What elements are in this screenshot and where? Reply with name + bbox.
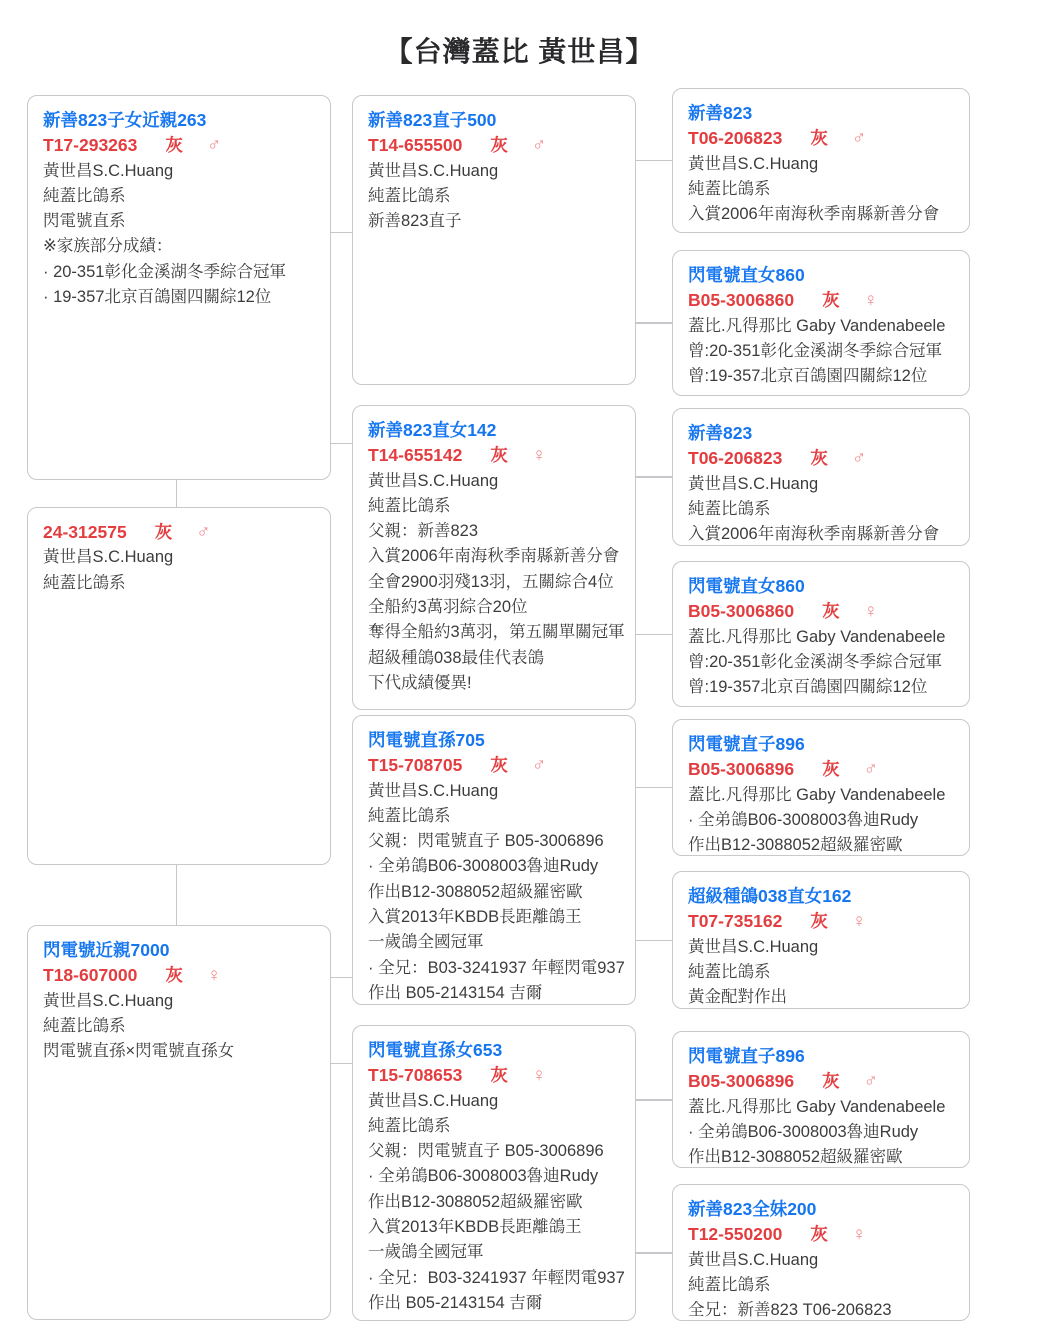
feather-color-label: 灰 bbox=[490, 133, 508, 158]
pigeon-name: 閃電號直孫705 bbox=[368, 728, 620, 753]
pedigree-box-R3: 新善823T06-206823灰♂黃世昌S.C.Huang純蓋比鴿系入賞2006… bbox=[672, 408, 970, 546]
info-line: 曾:20-351彰化金溪湖冬季綜合冠軍 bbox=[688, 650, 954, 675]
pedigree-box-M1: 新善823直子500T14-655500灰♂黃世昌S.C.Huang純蓋比鴿系新… bbox=[352, 95, 636, 385]
info-line: 一歲鴿全國冠軍 bbox=[368, 930, 620, 955]
female-icon: ♀ bbox=[852, 909, 866, 934]
info-line: 全船約3萬羽綜合20位 bbox=[368, 595, 620, 620]
info-line: 純蓋比鴿系 bbox=[43, 1014, 315, 1039]
male-icon: ♂ bbox=[864, 1069, 878, 1094]
info-line: · 全兄：B03-3241937 年輕閃電937 bbox=[368, 1266, 620, 1291]
ring-number: B05-3006896 bbox=[688, 1071, 794, 1091]
info-line: 蓋比.凡得那比 Gaby Vandenabeele bbox=[688, 625, 954, 650]
info-line: 超級種鴿038最佳代表鴿 bbox=[368, 646, 620, 671]
female-icon: ♀ bbox=[852, 1222, 866, 1247]
male-icon: ♂ bbox=[196, 520, 210, 545]
info-line: 純蓋比鴿系 bbox=[43, 571, 315, 596]
info-line: 入賞2006年南海秋季南縣新善分會 bbox=[688, 522, 954, 546]
pedigree-box-R2: 閃電號直女860B05-3006860灰♀蓋比.凡得那比 Gaby Vanden… bbox=[672, 250, 970, 396]
connector-line bbox=[635, 787, 672, 789]
connector-line bbox=[330, 977, 352, 979]
info-line: 父親：新善823 bbox=[368, 519, 620, 544]
ring-number: B05-3006860 bbox=[688, 290, 794, 310]
info-line: 閃電號直系 bbox=[43, 209, 315, 234]
info-line: 作出B12-3088052超級羅密歐 bbox=[368, 880, 620, 905]
info-line: · 全弟鴿B06-3008003魯迪Rudy bbox=[368, 1164, 620, 1189]
pigeon-name: 閃電號直孫女653 bbox=[368, 1038, 620, 1063]
info-line: 全兄：新善823 T06-206823 bbox=[688, 1298, 954, 1321]
info-line: 閃電號直孫×閃電號直孫女 bbox=[43, 1039, 315, 1064]
info-line: 純蓋比鴿系 bbox=[688, 177, 954, 202]
info-line: 純蓋比鴿系 bbox=[368, 494, 620, 519]
info-line: 黃世昌S.C.Huang bbox=[43, 545, 315, 570]
ring-number: T15-708705 bbox=[368, 755, 462, 775]
ring-number: T14-655500 bbox=[368, 135, 462, 155]
ring-row: T18-607000灰♀ bbox=[43, 963, 315, 988]
feather-color-label: 灰 bbox=[490, 443, 508, 468]
info-line: 蓋比.凡得那比 Gaby Vandenabeele bbox=[688, 783, 954, 808]
ring-row: T14-655500灰♂ bbox=[368, 133, 620, 158]
connector-line bbox=[330, 1063, 352, 1065]
info-line: 蓋比.凡得那比 Gaby Vandenabeele bbox=[688, 314, 954, 339]
ring-number: T07-735162 bbox=[688, 911, 782, 931]
feather-color-label: 灰 bbox=[810, 909, 828, 934]
info-line: · 全弟鴿B06-3008003魯迪Rudy bbox=[688, 1120, 954, 1145]
female-icon: ♀ bbox=[864, 288, 878, 313]
pedigree-box-M2: 新善823直女142T14-655142灰♀黃世昌S.C.Huang純蓋比鴿系父… bbox=[352, 405, 636, 710]
male-icon: ♂ bbox=[532, 753, 546, 778]
info-line: 黃世昌S.C.Huang bbox=[368, 779, 620, 804]
pigeon-name: 閃電號直子896 bbox=[688, 1044, 954, 1069]
pigeon-name: 閃電號直女860 bbox=[688, 263, 954, 288]
male-icon: ♂ bbox=[864, 757, 878, 782]
connector-line bbox=[330, 443, 352, 445]
info-line: 作出B12-3088052超級羅密歐 bbox=[688, 833, 954, 856]
info-line: 黃世昌S.C.Huang bbox=[688, 472, 954, 497]
pigeon-name: 超級種鴿038直女162 bbox=[688, 884, 954, 909]
feather-color-label: 灰 bbox=[822, 599, 840, 624]
ring-row: B05-3006860灰♀ bbox=[688, 288, 954, 313]
info-line: 父親：閃電號直子 B05-3006896 bbox=[368, 829, 620, 854]
pigeon-name: 新善823全妹200 bbox=[688, 1197, 954, 1222]
feather-color-label: 灰 bbox=[165, 133, 183, 158]
info-line: 純蓋比鴿系 bbox=[688, 497, 954, 522]
info-line: ※家族部分成績： bbox=[43, 234, 315, 259]
ring-number: T14-655142 bbox=[368, 445, 462, 465]
pedigree-box-R1: 新善823T06-206823灰♂黃世昌S.C.Huang純蓋比鴿系入賞2006… bbox=[672, 88, 970, 233]
info-line: 黃世昌S.C.Huang bbox=[368, 469, 620, 494]
female-icon: ♀ bbox=[864, 599, 878, 624]
male-icon: ♂ bbox=[532, 133, 546, 158]
info-line: 純蓋比鴿系 bbox=[368, 184, 620, 209]
pigeon-name: 新善823 bbox=[688, 101, 954, 126]
female-icon: ♀ bbox=[532, 1063, 546, 1088]
ring-row: T06-206823灰♂ bbox=[688, 126, 954, 151]
info-line: 入賞2006年南海秋季南縣新善分會 bbox=[368, 544, 620, 569]
info-line: 奪得全船約3萬羽，第五關單關冠軍 bbox=[368, 620, 620, 645]
ring-number: T06-206823 bbox=[688, 448, 782, 468]
info-line: 黃世昌S.C.Huang bbox=[43, 159, 315, 184]
ring-row: T15-708705灰♂ bbox=[368, 753, 620, 778]
feather-color-label: 灰 bbox=[165, 963, 183, 988]
ring-row: B05-3006860灰♀ bbox=[688, 599, 954, 624]
info-line: · 19-357北京百鴿園四關綜12位 bbox=[43, 285, 315, 310]
pedigree-box-R6: 超級種鴿038直女162T07-735162灰♀黃世昌S.C.Huang純蓋比鴿… bbox=[672, 871, 970, 1009]
pigeon-name: 閃電號直女860 bbox=[688, 574, 954, 599]
pedigree-box-R8: 新善823全妹200T12-550200灰♀黃世昌S.C.Huang純蓋比鴿系全… bbox=[672, 1184, 970, 1321]
female-icon: ♀ bbox=[207, 963, 221, 988]
info-line: 入賞2013年KBDB長距離鴿王 bbox=[368, 1215, 620, 1240]
info-line: 作出B12-3088052超級羅密歐 bbox=[368, 1190, 620, 1215]
feather-color-label: 灰 bbox=[822, 288, 840, 313]
feather-color-label: 灰 bbox=[822, 757, 840, 782]
ring-number: T06-206823 bbox=[688, 128, 782, 148]
ring-row: B05-3006896灰♂ bbox=[688, 1069, 954, 1094]
pigeon-name: 閃電號直子896 bbox=[688, 732, 954, 757]
info-line: · 全弟鴿B06-3008003魯迪Rudy bbox=[368, 854, 620, 879]
ring-row: T17-293263灰♂ bbox=[43, 133, 315, 158]
info-line: 黃世昌S.C.Huang bbox=[368, 1089, 620, 1114]
info-line: 黃世昌S.C.Huang bbox=[688, 152, 954, 177]
male-icon: ♂ bbox=[207, 133, 221, 158]
ring-number: T18-607000 bbox=[43, 965, 137, 985]
info-line: 純蓋比鴿系 bbox=[368, 804, 620, 829]
info-line: 新善823直子 bbox=[368, 209, 620, 234]
info-line: 作出 B05-2143154 吉爾 bbox=[368, 1291, 620, 1316]
pedigree-box-M3: 閃電號直孫705T15-708705灰♂黃世昌S.C.Huang純蓋比鴿系父親：… bbox=[352, 715, 636, 1005]
ring-number: 24-312575 bbox=[43, 522, 127, 542]
feather-color-label: 灰 bbox=[822, 1069, 840, 1094]
ring-row: T07-735162灰♀ bbox=[688, 909, 954, 934]
ring-row: T06-206823灰♂ bbox=[688, 446, 954, 471]
info-line: 黃世昌S.C.Huang bbox=[688, 1248, 954, 1273]
info-line: · 全兄：B03-3241937 年輕閃電937 bbox=[368, 956, 620, 981]
connector-line bbox=[635, 160, 672, 162]
info-line: 入賞2006年南海秋季南縣新善分會 bbox=[688, 202, 954, 227]
ring-number: B05-3006896 bbox=[688, 759, 794, 779]
info-line: 純蓋比鴿系 bbox=[43, 184, 315, 209]
feather-color-label: 灰 bbox=[155, 520, 173, 545]
connector-line bbox=[635, 476, 672, 478]
feather-color-label: 灰 bbox=[810, 1222, 828, 1247]
info-line: 一歲鴿全國冠軍 bbox=[368, 1240, 620, 1265]
pedigree-box-R5: 閃電號直子896B05-3006896灰♂蓋比.凡得那比 Gaby Vanden… bbox=[672, 719, 970, 856]
ring-number: T12-550200 bbox=[688, 1224, 782, 1244]
connector-line bbox=[635, 1252, 672, 1254]
pedigree-box-R4: 閃電號直女860B05-3006860灰♀蓋比.凡得那比 Gaby Vanden… bbox=[672, 561, 970, 707]
connector-line bbox=[635, 322, 672, 324]
ring-number: T15-708653 bbox=[368, 1065, 462, 1085]
pedigree-box-R7: 閃電號直子896B05-3006896灰♂蓋比.凡得那比 Gaby Vanden… bbox=[672, 1031, 970, 1168]
info-line: 純蓋比鴿系 bbox=[688, 960, 954, 985]
info-line: 曾:19-357北京百鴿園四關綜12位 bbox=[688, 364, 954, 389]
pigeon-name: 新善823 bbox=[688, 421, 954, 446]
female-icon: ♀ bbox=[532, 443, 546, 468]
info-line: 黃世昌S.C.Huang bbox=[368, 159, 620, 184]
info-line: 蓋比.凡得那比 Gaby Vandenabeele bbox=[688, 1095, 954, 1120]
pigeon-name: 新善823直子500 bbox=[368, 108, 620, 133]
pigeon-name: 閃電號近親7000 bbox=[43, 938, 315, 963]
ring-row: T15-708653灰♀ bbox=[368, 1063, 620, 1088]
connector-line bbox=[635, 940, 672, 942]
info-line: 黃金配對作出 bbox=[688, 985, 954, 1009]
feather-color-label: 灰 bbox=[810, 126, 828, 151]
info-line: 入賞2013年KBDB長距離鴿王 bbox=[368, 905, 620, 930]
page-title: 【台灣蓋比 黃世昌】 bbox=[0, 30, 1039, 70]
pigeon-name: 新善823子女近親263 bbox=[43, 108, 315, 133]
connector-line bbox=[635, 1099, 672, 1101]
info-line: · 20-351彰化金溪湖冬季綜合冠軍 bbox=[43, 260, 315, 285]
info-line: 黃世昌S.C.Huang bbox=[43, 989, 315, 1014]
info-line: 曾:20-351彰化金溪湖冬季綜合冠軍 bbox=[688, 339, 954, 364]
info-line: 全會2900羽殘13羽，五關綜合4位 bbox=[368, 570, 620, 595]
ring-row: B05-3006896灰♂ bbox=[688, 757, 954, 782]
male-icon: ♂ bbox=[852, 126, 866, 151]
ring-number: T17-293263 bbox=[43, 135, 137, 155]
ring-row: 24-312575灰♂ bbox=[43, 520, 315, 545]
ring-number: B05-3006860 bbox=[688, 601, 794, 621]
connector-line bbox=[330, 232, 352, 234]
connector-line bbox=[635, 634, 672, 636]
pedigree-chart: 【台灣蓋比 黃世昌】 新善823子女近親263T17-293263灰♂黃世昌S.… bbox=[0, 0, 1039, 1330]
info-line: 黃世昌S.C.Huang bbox=[688, 935, 954, 960]
connector-line bbox=[176, 865, 178, 925]
info-line: 下代成績優異! bbox=[368, 671, 620, 696]
pigeon-name: 新善823直女142 bbox=[368, 418, 620, 443]
info-line: 父親：閃電號直子 B05-3006896 bbox=[368, 1139, 620, 1164]
feather-color-label: 灰 bbox=[810, 446, 828, 471]
info-line: · 全弟鴿B06-3008003魯迪Rudy bbox=[688, 808, 954, 833]
info-line: 純蓋比鴿系 bbox=[688, 1273, 954, 1298]
info-line: 作出 B05-2143154 吉爾 bbox=[368, 981, 620, 1005]
connector-line bbox=[176, 480, 178, 507]
feather-color-label: 灰 bbox=[490, 1063, 508, 1088]
pedigree-box-L2: 24-312575灰♂黃世昌S.C.Huang純蓋比鴿系 bbox=[27, 507, 331, 865]
pedigree-box-M4: 閃電號直孫女653T15-708653灰♀黃世昌S.C.Huang純蓋比鴿系父親… bbox=[352, 1025, 636, 1321]
ring-row: T14-655142灰♀ bbox=[368, 443, 620, 468]
pedigree-box-L1: 新善823子女近親263T17-293263灰♂黃世昌S.C.Huang純蓋比鴿… bbox=[27, 95, 331, 480]
feather-color-label: 灰 bbox=[490, 753, 508, 778]
ring-row: T12-550200灰♀ bbox=[688, 1222, 954, 1247]
info-line: 純蓋比鴿系 bbox=[368, 1114, 620, 1139]
info-line: 作出B12-3088052超級羅密歐 bbox=[688, 1145, 954, 1168]
info-line: 曾:19-357北京百鴿園四關綜12位 bbox=[688, 675, 954, 700]
male-icon: ♂ bbox=[852, 446, 866, 471]
pedigree-box-L3: 閃電號近親7000T18-607000灰♀黃世昌S.C.Huang純蓋比鴿系閃電… bbox=[27, 925, 331, 1320]
